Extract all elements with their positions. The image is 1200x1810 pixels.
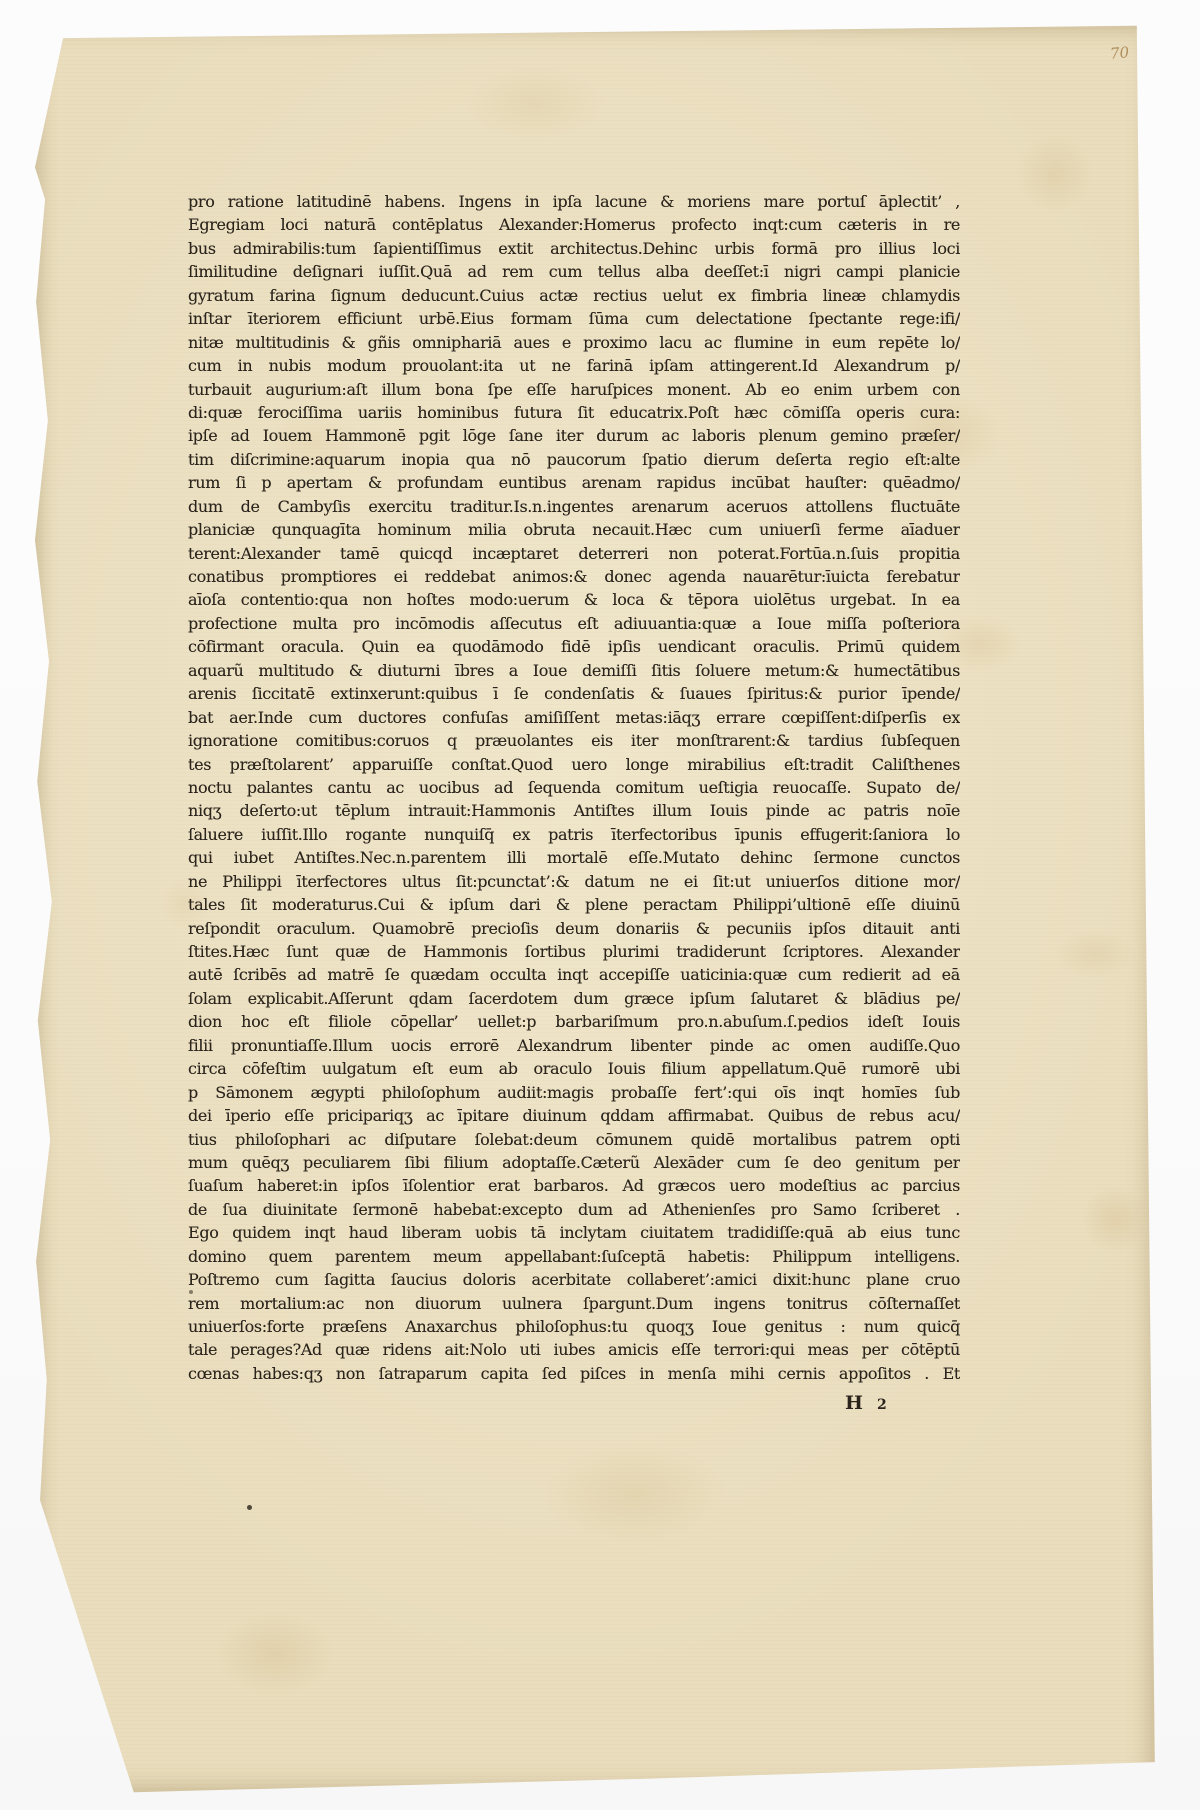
text-block: pro ratione latitudinē habens. Ingens in… [188, 190, 960, 1385]
text-line: terent:Alexander tamē quicqd incæptaret … [188, 542, 960, 565]
text-line: cum in nubis modum prouolant:ita ut ne f… [188, 354, 960, 377]
leaf-shadow: 70 pro ratione latitudinē habens. Ingens… [0, 0, 1200, 1810]
text-line: pro ratione latitudinē habens. Ingens in… [188, 190, 960, 213]
text-line: mum quēqʒ peculiarem ſibi filium adoptaſ… [188, 1151, 960, 1174]
text-line: ſuaſum haberet:in ipſos īſolentior erat … [188, 1174, 960, 1197]
text-line: dum de Cambyſis exercitu traditur.Is.n.i… [188, 495, 960, 518]
text-line: Ego quidem inqt haud liberam uobis tā in… [188, 1221, 960, 1244]
text-line: tes præſtolarent’ apparuiſſe conſtat.Quo… [188, 753, 960, 776]
text-line: gyratum farina ſignum deducunt.Cuius act… [188, 284, 960, 307]
text-line: circa cōfeſtim uulgatum eſt eum ab oracu… [188, 1057, 960, 1080]
folio-number: 70 [1109, 43, 1130, 63]
text-line: bat aer.Inde cum ductores confuſas amiſi… [188, 706, 960, 729]
text-line: planiciæ qunquagīta hominum milia obruta… [188, 518, 960, 541]
text-line: de ſua diuinitate ſermonē habebat:except… [188, 1198, 960, 1221]
text-line: Poſtremo cum ſagitta ſaucius doloris ace… [188, 1268, 960, 1291]
text-line: bus admirabilis:tum ſapientiſſimus extit… [188, 237, 960, 260]
text-line: uniuerſos:forte præſens Anaxarchus philo… [188, 1315, 960, 1338]
text-line: ſolam explicabit.Aſſerunt qdam ſacerdote… [188, 987, 960, 1010]
text-line: ipſe ad Iouem Hammonē pgit lōge ſane ite… [188, 424, 960, 447]
text-line: ignoratione comitibus:coruos q præuolant… [188, 729, 960, 752]
text-line: autē ſcribēs ad matrē ſe quædam occulta … [188, 963, 960, 986]
text-line: domino quem parentem meum appellabant:ſu… [188, 1245, 960, 1268]
text-line: tale perages?Ad quæ ridens ait:Nolo uti … [188, 1338, 960, 1361]
ink-speck [189, 1290, 193, 1294]
signature-letter: H [845, 1392, 864, 1414]
text-line: inſtar īteriorem efficiunt urbē.Eius for… [188, 307, 960, 330]
text-line: aīoſa contentio:qua non hoſtes modo:ueru… [188, 588, 960, 611]
ink-speck [247, 1505, 252, 1510]
text-line: ne Philippi īterfectores ultus ſit:pcunc… [188, 870, 960, 893]
text-line: ſimilitudine deſignari iuſſit.Quā ad rem… [188, 260, 960, 283]
signature-mark: H2 [845, 1392, 888, 1414]
text-line: arenis ſiccitatē extinxerunt:quibus ī ſe… [188, 682, 960, 705]
text-line: tius philoſophari ac diſputare ſolebat:d… [188, 1128, 960, 1151]
text-line: cœnas habes:qʒ non ſatraparum capita ſed… [188, 1362, 960, 1385]
text-line: Egregiam loci naturā contēplatus Alexand… [188, 213, 960, 236]
text-line: qui iubet Antiſtes.Nec.n.parentem illi m… [188, 846, 960, 869]
photo-background: 70 pro ratione latitudinē habens. Ingens… [0, 0, 1200, 1810]
text-line: noctu palantes cantu ac uocibus ad ſeque… [188, 776, 960, 799]
text-line: p Sāmonem ægypti philoſophum audiit:magi… [188, 1081, 960, 1104]
text-line: ſaluere iuſſit.Illo rogante nunquiſq̄ ex… [188, 823, 960, 846]
signature-numeral: 2 [877, 1397, 888, 1413]
text-line: profectione multa pro incōmodis aſſecutu… [188, 612, 960, 635]
book-leaf: 70 pro ratione latitudinē habens. Ingens… [35, 24, 1157, 1794]
text-line: conatibus promptiores ei reddebat animos… [188, 565, 960, 588]
text-line: rem mortalium:ac non diuorum uulnera ſpa… [188, 1292, 960, 1315]
text-line: aquarũ multitudo & diuturni ībres a Ioue… [188, 659, 960, 682]
text-line: dion hoc eſt filiole cōpellar’ uellet:p … [188, 1010, 960, 1033]
text-line: nitæ multitudinis & gñis omniphariā aues… [188, 331, 960, 354]
text-line: tim diſcrimine:aquarum inopia qua nō pau… [188, 448, 960, 471]
text-line: di:quæ ferociſſima uariis hominibus futu… [188, 401, 960, 424]
text-line: filii pronuntiaſſe.Illum uocis errorē Al… [188, 1034, 960, 1057]
text-line: niqʒ deſerto:ut tēplum intrauit:Hammonis… [188, 799, 960, 822]
text-line: ſtites.Hæc ſunt quæ de Hammonis ſortibus… [188, 940, 960, 963]
text-line: cōfirmant oracula. Quin ea quodāmodo fid… [188, 635, 960, 658]
text-line: rum ſi p apertam & profundam euntibus ar… [188, 471, 960, 494]
text-line: tales ſit moderaturus.Cui & ipſum dari &… [188, 893, 960, 916]
text-line: reſpondit oraculum. Quamobrē precioſis d… [188, 917, 960, 940]
text-line: turbauit augurium:aſt illum bona ſpe eſſ… [188, 378, 960, 401]
text-line: dei īperio eſſe pricipariqʒ ac īpitare d… [188, 1104, 960, 1127]
